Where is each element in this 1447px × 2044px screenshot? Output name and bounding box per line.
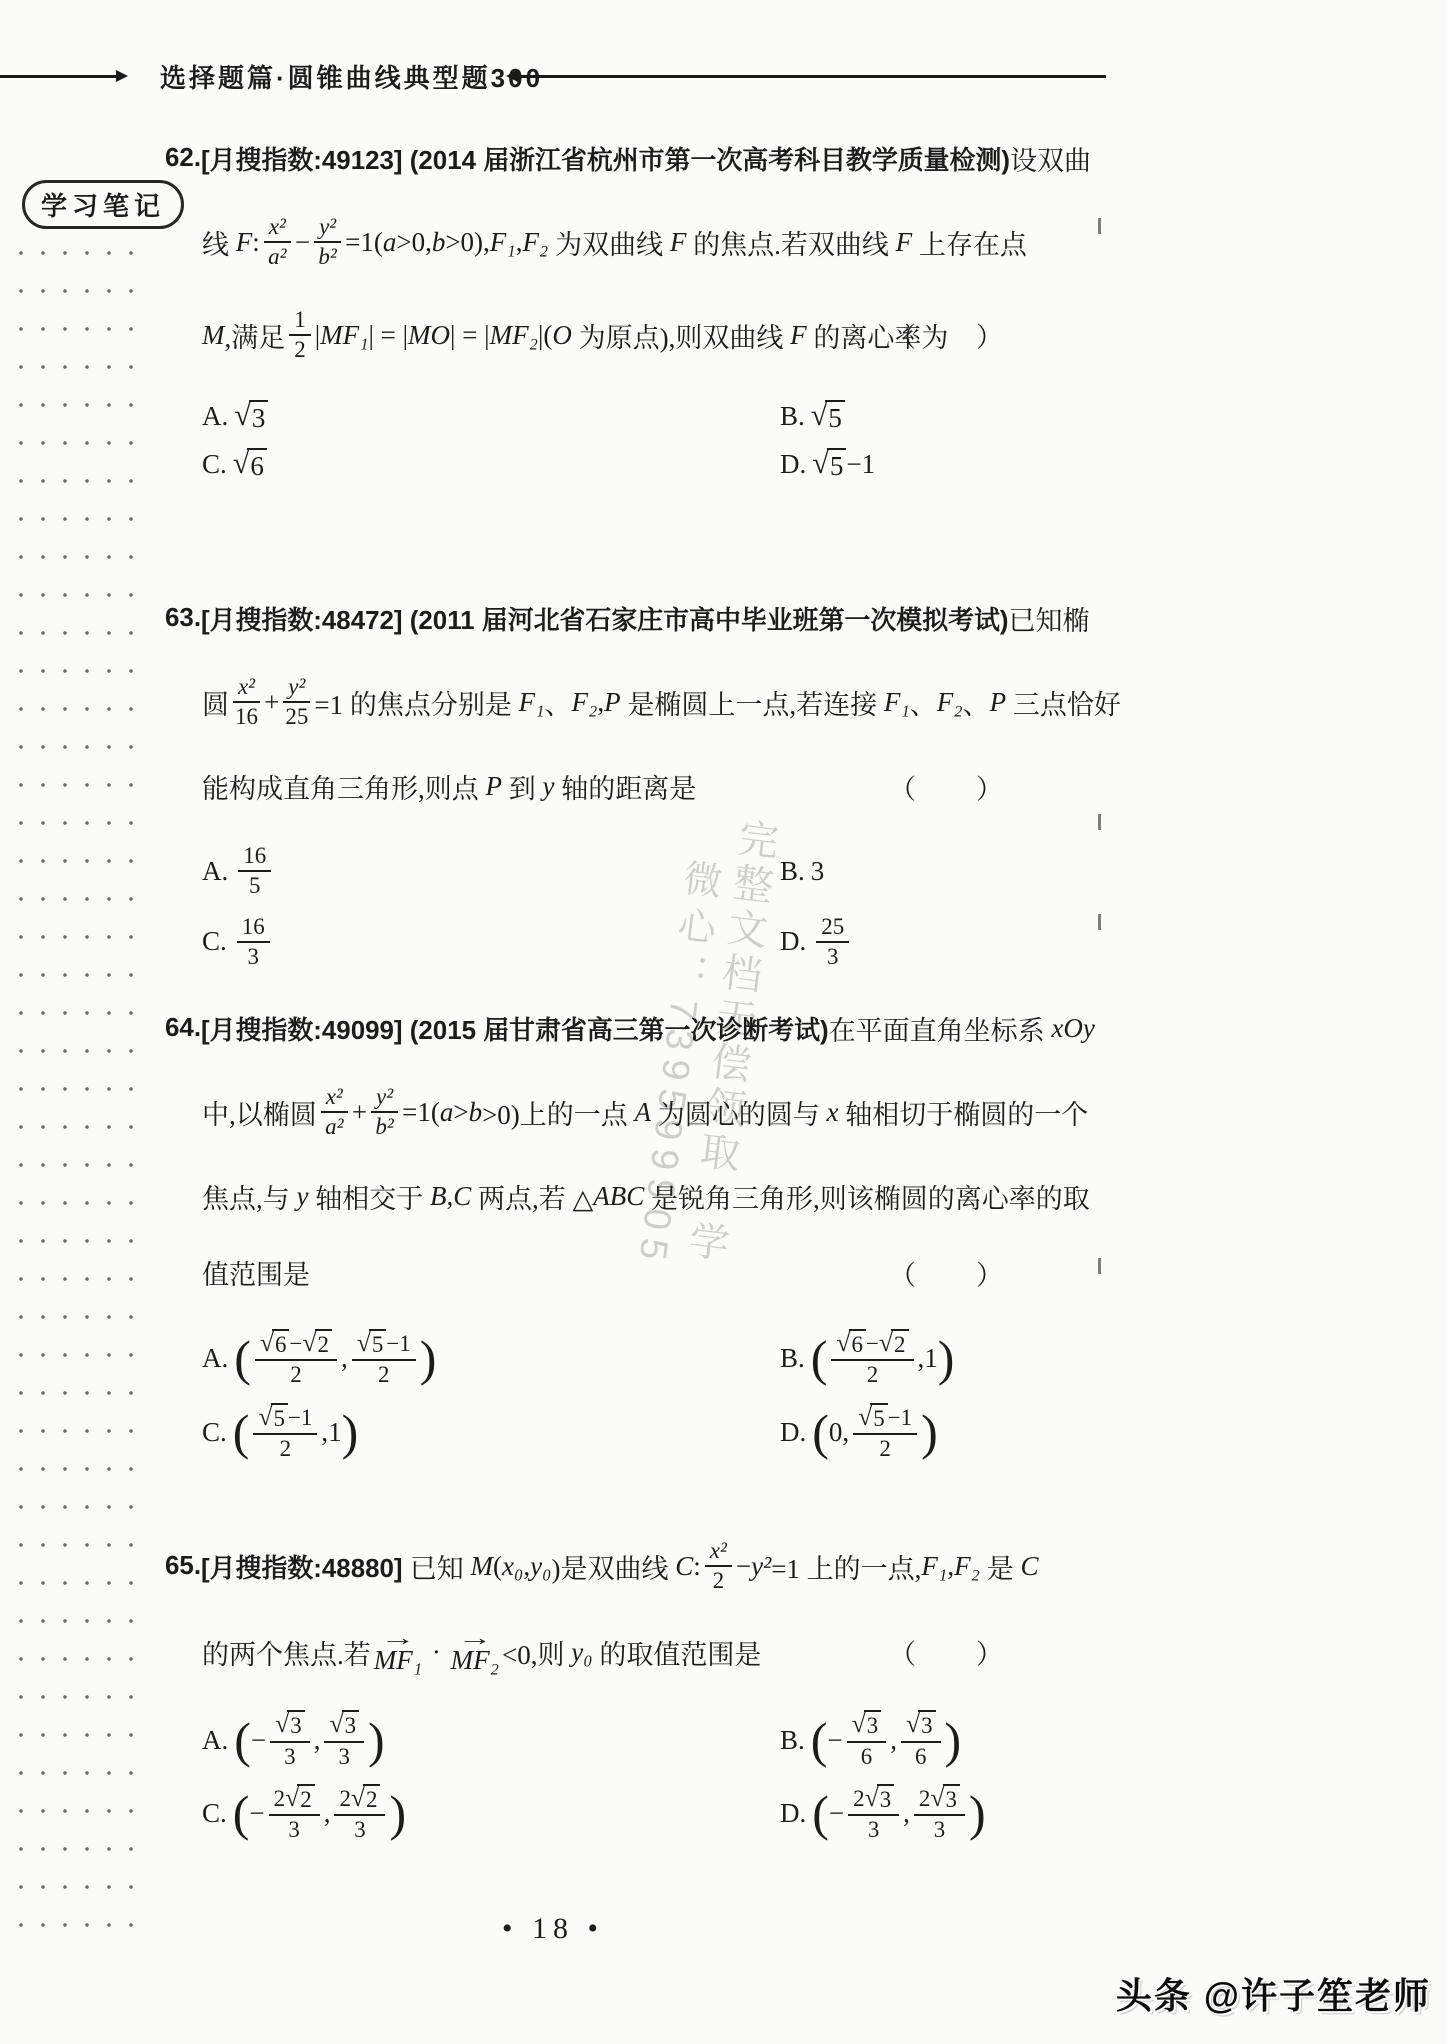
math-variable: x²: [269, 214, 286, 239]
math-variable: a²: [268, 244, 286, 269]
bold-text-run: 65.: [165, 1552, 201, 1581]
option-B: B.(−√36,√36): [780, 1710, 961, 1770]
big-paren: ): [342, 1410, 359, 1455]
math-variable: P: [604, 687, 621, 718]
option-D: D.(0,√5−12): [780, 1403, 938, 1463]
radicand: 3: [864, 1710, 881, 1739]
dot-grid: [4, 230, 144, 1950]
option-D: D.√5−1: [780, 448, 875, 482]
math-variable: F₁: [884, 687, 910, 718]
text-run: −: [829, 1798, 844, 1829]
text-run: 16: [242, 914, 265, 939]
sqrt-expression: √3: [865, 1784, 895, 1813]
sqrt-expression: √3: [329, 1710, 359, 1739]
text-run: 是: [980, 1547, 1021, 1586]
sqrt-expression: √2: [879, 1329, 909, 1358]
fraction-denominator: b²: [375, 1113, 393, 1140]
text-run: | = |: [369, 320, 409, 351]
fraction-denominator: 2: [280, 1435, 291, 1462]
fraction: √33: [270, 1710, 310, 1770]
fraction: √5−12: [352, 1329, 416, 1389]
text-run: |(: [538, 320, 552, 351]
text-run: −: [249, 1798, 264, 1829]
fraction: √5−12: [253, 1403, 317, 1463]
big-paren: (: [812, 1410, 829, 1455]
text-run: >0)上的一点: [482, 1093, 634, 1132]
option-row: C.(√5−12,1)D.(0,√5−12): [165, 1403, 1013, 1463]
text-run: 的两个焦点.若: [202, 1633, 371, 1672]
fraction-numerator: 16: [237, 914, 270, 943]
fraction-numerator: √6−√2: [831, 1329, 913, 1361]
text-run: >: [453, 1097, 468, 1128]
fraction-denominator: 3: [354, 1816, 365, 1843]
question-line: 64.[月搜指数:49099] (2015 届甘肃省高三第一次诊断考试)在平面直…: [165, 1008, 1013, 1048]
text-run: 能构成直角三角形,则点: [202, 767, 486, 806]
sqrt-expression: √3: [234, 400, 268, 434]
answer-blank: （ ）: [889, 316, 1005, 355]
fraction: √36: [847, 1710, 887, 1770]
fraction-numerator: 2√3: [914, 1784, 965, 1816]
fraction-numerator: y²: [314, 214, 341, 243]
option-row: C.(−2√23,2√23)D.(−2√33,2√33): [165, 1784, 1013, 1844]
big-paren: ): [945, 1718, 962, 1763]
text-run: 轴相交于: [308, 1177, 430, 1216]
text-run: 的取值范围是: [593, 1633, 762, 1672]
text-run: (: [493, 1551, 502, 1582]
bold-text-run: [月搜指数:49099]: [201, 1010, 410, 1047]
header-rule-left: [0, 75, 116, 78]
text-run: ,: [341, 1343, 348, 1374]
question-line: 62.[月搜指数:49123] (2014 届浙江省杭州市第一次高考科目教学质量…: [165, 138, 1013, 178]
option-label: B.: [780, 1725, 805, 1756]
text-run: −: [251, 1725, 266, 1756]
option-label: A.: [202, 401, 228, 432]
fraction-numerator: √3: [847, 1710, 887, 1742]
fraction-denominator: 16: [235, 703, 258, 730]
text-run: 为双曲线: [548, 223, 670, 262]
option-row: C.163D.253: [165, 914, 1013, 971]
bold-text-run: [月搜指数:49123]: [201, 140, 410, 177]
bold-text-run: [月搜指数:48472]: [201, 600, 410, 637]
text-run: 2: [294, 337, 305, 362]
math-variable: F: [670, 227, 687, 258]
fraction-denominator: a²: [268, 243, 286, 270]
question-64: 64.[月搜指数:49099] (2015 届甘肃省高三第一次诊断考试)在平面直…: [165, 1008, 1013, 1476]
text-run: 1: [294, 307, 305, 332]
fraction-numerator: y²: [283, 674, 310, 703]
fraction-numerator: x²: [233, 674, 260, 703]
math-variable: x: [827, 1097, 839, 1128]
radicand: 5: [271, 1403, 288, 1432]
text-run: 、: [910, 683, 937, 722]
fraction: x²a²: [264, 214, 291, 271]
math-variable: F₁: [490, 227, 516, 258]
text-run: =1(: [345, 227, 383, 258]
option-label: B.: [780, 1343, 805, 1374]
question-line: 能构成直角三角形,则点 P 到 y 轴的距离是（ ）: [165, 767, 1013, 807]
math-variable: x₀: [502, 1551, 523, 1582]
workbook-page: { "page": { "header": { "title": "选择题篇·圆…: [0, 0, 1447, 2044]
text-run: ,1: [918, 1343, 938, 1374]
option-label: C.: [202, 1798, 227, 1829]
option-row: A.√3B.√5: [165, 400, 1013, 434]
text-run: 2: [879, 1436, 890, 1461]
math-variable: b²: [375, 1114, 393, 1139]
fraction-denominator: 3: [248, 943, 259, 970]
math-variable: y²: [751, 1551, 771, 1582]
math-variable: b²: [318, 244, 336, 269]
vector-arrow-icon: →: [457, 1631, 492, 1646]
math-variable: x²: [238, 674, 255, 699]
bold-text-run: 64.: [165, 1014, 201, 1043]
fraction-numerator: 1: [289, 307, 310, 336]
big-paren: ): [420, 1336, 437, 1381]
bold-text-run: 63.: [165, 604, 201, 633]
math-variable: y²: [376, 1084, 393, 1109]
text-run: 两点,若 △: [471, 1177, 593, 1216]
fraction: x²2: [705, 1538, 732, 1595]
text-run: >0),: [445, 227, 489, 258]
option-C: C.163: [202, 914, 780, 971]
option-B: B.(√6−√22,1): [780, 1329, 954, 1389]
text-run: 圆: [202, 683, 229, 722]
math-variable: ABC: [593, 1181, 644, 1212]
fraction: 163: [237, 914, 270, 971]
radicand: 2: [891, 1329, 908, 1358]
page-header: 选择题篇·圆锥曲线典型题300: [0, 58, 1447, 104]
sqrt-expression: √5: [811, 400, 845, 434]
math-variable: B: [430, 1181, 447, 1212]
radicand: 6: [849, 1329, 866, 1358]
bold-text-run: [月搜指数:48880]: [201, 1548, 410, 1585]
math-variable: F: [896, 227, 913, 258]
text-run: −: [827, 1725, 842, 1756]
math-variable: M: [202, 320, 225, 351]
fraction-numerator: x²: [264, 214, 291, 243]
text-run: 25: [285, 704, 308, 729]
sqrt-expression: √6: [260, 1329, 290, 1358]
big-paren: (: [233, 1410, 250, 1455]
option-label: A.: [202, 1343, 228, 1374]
option-A: A.(√6−√22,√5−12): [202, 1329, 780, 1389]
fraction: 165: [238, 843, 271, 900]
text-run: 中,以椭圆: [202, 1093, 317, 1132]
option-A: A.√3: [202, 400, 780, 434]
fraction-numerator: x²: [705, 1538, 732, 1567]
option-C: C.√6: [202, 448, 780, 482]
text-run: 的焦点.若双曲线: [686, 223, 895, 262]
sqrt-expression: √2: [351, 1784, 381, 1813]
fraction: 12: [289, 307, 310, 364]
big-paren: (: [234, 1718, 251, 1763]
option-row: C.√6D.√5−1: [165, 448, 1013, 482]
big-paren: (: [234, 1336, 251, 1381]
text-run: 3: [248, 944, 259, 969]
question-line: 的两个焦点.若→MF₁ · →MF₂<0,则 y₀ 的取值范围是（ ）: [165, 1631, 1013, 1674]
fraction-denominator: 3: [288, 1816, 299, 1843]
question-line: 值范围是（ ）: [165, 1253, 1013, 1293]
sqrt-expression: √3: [852, 1710, 882, 1739]
radicand: 3: [943, 1784, 960, 1813]
math-variable: F: [790, 320, 807, 351]
question-62: 62.[月搜指数:49123] (2014 届浙江省杭州市第一次高考科目教学质量…: [165, 138, 1013, 496]
option-B: B.√5: [780, 400, 845, 434]
text-run: 2: [867, 1362, 878, 1387]
answer-blank: （ ）: [889, 1633, 1005, 1672]
page-number: • 18 •: [0, 1912, 1106, 1946]
option-D: D.(−2√33,2√33): [780, 1784, 986, 1844]
math-variable: P: [990, 687, 1007, 718]
fraction: √33: [324, 1710, 364, 1770]
text-run: 3: [868, 1817, 879, 1842]
fraction-numerator: √3: [270, 1710, 310, 1742]
option-row: A.(√6−√22,√5−12)B.(√6−√22,1): [165, 1329, 1013, 1389]
fraction-denominator: 2: [294, 336, 305, 363]
big-paren: (: [811, 1336, 828, 1381]
text-run: 2: [713, 1568, 724, 1593]
option-label: C.: [202, 1417, 227, 1448]
text-run: 三点恰好: [1006, 683, 1121, 722]
question-line: 线 F:x²a²−y²b²=1(a>0,b>0),F₁,F₂ 为双曲线 F 的焦…: [165, 214, 1013, 271]
text-run: )是双曲线: [552, 1547, 676, 1586]
radicand: 2: [363, 1784, 380, 1813]
math-variable: y₀: [530, 1551, 551, 1582]
scan-artifact: [1098, 914, 1101, 930]
radicand: 3: [249, 400, 269, 434]
text-run: −1: [386, 1331, 410, 1356]
page-title: 选择题篇·圆锥曲线典型题300: [160, 58, 543, 95]
text-run: ·: [425, 1637, 448, 1668]
sqrt-expression: √2: [302, 1329, 332, 1358]
radicand: 2: [297, 1784, 314, 1813]
fraction-denominator: 3: [339, 1743, 350, 1770]
text-run: 3: [354, 1817, 365, 1842]
math-variable: C: [453, 1181, 471, 1212]
text-run: 2: [378, 1362, 389, 1387]
math-variable: a: [383, 227, 397, 258]
text-run: +: [352, 1097, 367, 1128]
text-run: 6: [915, 1744, 926, 1769]
bold-text-run: (2015 届甘肃省高三第一次诊断考试): [410, 1010, 829, 1047]
text-run: <0,则: [502, 1633, 571, 1672]
text-run: 轴相切于椭圆的一个: [839, 1093, 1089, 1132]
fraction: 2√33: [914, 1784, 965, 1844]
text-run: =1 的焦点分别是: [314, 683, 518, 722]
bold-text-run: (2011 届河北省石家庄市高中毕业班第一次模拟考试): [410, 600, 1009, 637]
option-C: C.(√5−12,1): [202, 1403, 780, 1463]
text-run: 3: [288, 1817, 299, 1842]
option-label: D.: [780, 926, 806, 957]
fraction: √6−√22: [255, 1329, 337, 1389]
radicand: 6: [272, 1329, 289, 1358]
big-paren: ): [368, 1718, 385, 1763]
option-label: C.: [202, 449, 227, 480]
sqrt-expression: √5: [858, 1403, 888, 1432]
text-run: 3: [811, 856, 825, 887]
answer-blank: （ ）: [889, 1253, 1005, 1292]
radicand: 5: [825, 400, 845, 434]
math-variable: xOy: [1051, 1013, 1094, 1044]
option-label: D.: [780, 1417, 806, 1448]
sqrt-expression: √5: [258, 1403, 288, 1432]
fraction-numerator: √6−√2: [255, 1329, 337, 1361]
bold-text-run: (2014 届浙江省杭州市第一次高考科目教学质量检测): [410, 140, 1010, 177]
text-run: =1 上的一点,: [771, 1547, 921, 1586]
sqrt-expression: √3: [906, 1710, 936, 1739]
text-run: 2: [280, 1436, 291, 1461]
vector-expression: →MF₁: [374, 1631, 422, 1674]
text-run: −1: [288, 1405, 312, 1430]
math-variable: F: [236, 227, 253, 258]
sqrt-expression: √5: [812, 448, 846, 482]
math-variable: P: [486, 771, 503, 802]
sqrt-expression: √6: [836, 1329, 866, 1358]
radicand: 5: [870, 1403, 887, 1432]
fraction-denominator: 2: [867, 1361, 878, 1388]
option-label: B.: [780, 856, 805, 887]
big-paren: (: [812, 1791, 829, 1836]
text-run: 25: [821, 914, 844, 939]
text-run: 在平面直角坐标系: [829, 1009, 1052, 1048]
arrow-left-icon: [506, 70, 518, 82]
fraction-numerator: y²: [371, 1084, 398, 1113]
text-run: 16: [243, 843, 266, 868]
text-run: 为圆心的圆与: [651, 1093, 827, 1132]
math-variable: y: [543, 771, 555, 802]
fraction-numerator: 2√3: [848, 1784, 899, 1816]
text-run: ,: [314, 1725, 321, 1756]
text-run: 、: [963, 683, 990, 722]
math-variable: MF₂: [490, 320, 538, 351]
fraction-denominator: 2: [879, 1435, 890, 1462]
math-variable: x²: [326, 1084, 343, 1109]
text-run: 是锐角三角形,则该椭圆的离心率的取: [644, 1177, 1090, 1216]
math-variable: A: [635, 1097, 652, 1128]
text-run: 上存在点: [912, 223, 1027, 262]
fraction-denominator: 6: [915, 1743, 926, 1770]
math-variable: F₂: [571, 687, 597, 718]
text-run: :: [693, 1551, 701, 1582]
math-variable: F₁: [519, 687, 545, 718]
vector-expression: →MF₂: [451, 1631, 499, 1674]
fraction-numerator: √5−1: [253, 1403, 317, 1435]
scan-artifact: [1098, 1258, 1101, 1274]
text-run: −: [736, 1551, 751, 1582]
text-run: ,: [903, 1798, 910, 1829]
fraction-numerator: √3: [901, 1710, 941, 1742]
question-line: 焦点,与 y 轴相交于 B,C 两点,若 △ABC 是锐角三角形,则该椭圆的离心…: [165, 1177, 1013, 1217]
fraction: √5−12: [853, 1403, 917, 1463]
math-variable: y²: [319, 214, 336, 239]
option-label: C.: [202, 926, 227, 957]
sqrt-expression: √5: [357, 1329, 387, 1358]
text-run: 焦点,与: [202, 1177, 297, 1216]
option-label: A.: [202, 1725, 228, 1756]
option-row: A.(−√33,√33)B.(−√36,√36): [165, 1710, 1013, 1770]
arrow-right-icon: [116, 70, 128, 82]
math-variable: MF₁: [320, 320, 368, 351]
text-run: 6: [861, 1744, 872, 1769]
vector-body: MF₂: [451, 1646, 499, 1674]
text-run: 已知: [410, 1547, 471, 1586]
fraction: 253: [816, 914, 849, 971]
scan-artifact: [1098, 218, 1101, 234]
author-credit: 头条 @许子笙老师: [1116, 1968, 1431, 2019]
big-paren: ): [969, 1791, 986, 1836]
math-variable: F₁: [921, 1551, 947, 1582]
radicand: 6: [247, 448, 267, 482]
fraction-denominator: 3: [934, 1816, 945, 1843]
fraction-numerator: 25: [816, 914, 849, 943]
fraction: x²16: [233, 674, 260, 731]
answer-blank: （ ）: [889, 767, 1005, 806]
option-label: D.: [780, 1798, 806, 1829]
text-run: −1: [888, 1405, 912, 1430]
math-variable: a²: [325, 1114, 343, 1139]
option-A: A.(−√33,√33): [202, 1710, 780, 1770]
math-variable: y: [297, 1181, 309, 1212]
text-run: 2: [290, 1362, 301, 1387]
text-run: 3: [339, 1744, 350, 1769]
option-D: D.253: [780, 914, 853, 971]
text-run: >0,: [396, 227, 431, 258]
text-run: −: [295, 227, 310, 258]
math-variable: b: [432, 227, 446, 258]
fraction-numerator: 2√2: [269, 1784, 320, 1816]
fraction: y²25: [283, 674, 310, 731]
fraction: y²b²: [314, 214, 341, 271]
fraction-denominator: 2: [290, 1361, 301, 1388]
math-variable: a: [440, 1097, 454, 1128]
text-run: 3: [827, 944, 838, 969]
fraction: √36: [901, 1710, 941, 1770]
study-notes-stamp: 学习笔记: [22, 180, 184, 229]
fraction: y²b²: [371, 1084, 398, 1141]
option-A: A.165: [202, 843, 780, 900]
text-run: 为原点),则双曲线: [572, 316, 790, 355]
question-line: 63.[月搜指数:48472] (2011 届河北省石家庄市高中毕业班第一次模拟…: [165, 598, 1013, 638]
radicand: 3: [918, 1710, 935, 1739]
question-line: 圆x²16+y²25=1 的焦点分别是 F₁、F₂,P 是椭圆上一点,若连接 F…: [165, 674, 1013, 731]
fraction-denominator: 2: [713, 1567, 724, 1594]
fraction: x²a²: [321, 1084, 348, 1141]
text-run: :: [252, 227, 260, 258]
radicand: 5: [369, 1329, 386, 1358]
text-run: −: [289, 1331, 302, 1356]
fraction-numerator: √3: [324, 1710, 364, 1742]
vector-arrow-icon: →: [380, 1631, 415, 1646]
text-run: 16: [235, 704, 258, 729]
text-run: 3: [934, 1817, 945, 1842]
radicand: 2: [315, 1329, 332, 1358]
fraction-denominator: 6: [861, 1743, 872, 1770]
option-label: D.: [780, 449, 806, 480]
big-paren: (: [811, 1718, 828, 1763]
question-line: 65.[月搜指数:48880] 已知 M(x₀,y₀)是双曲线 C:x²2−y²…: [165, 1538, 1013, 1595]
question-63: 63.[月搜指数:48472] (2011 届河北省石家庄市高中毕业班第一次模拟…: [165, 598, 1013, 984]
math-variable: M: [471, 1551, 494, 1582]
fraction-denominator: a²: [325, 1113, 343, 1140]
radicand: 3: [342, 1710, 359, 1739]
text-run: ,: [890, 1725, 897, 1756]
math-variable: F₂: [522, 227, 548, 258]
big-paren: ): [938, 1336, 955, 1381]
question-line: 中,以椭圆x²a²+y²b²=1(a>b>0)上的一点 A 为圆心的圆与 x 轴…: [165, 1084, 1013, 1141]
text-run: +: [264, 687, 279, 718]
sqrt-expression: √6: [233, 448, 267, 482]
text-run: 已知椭: [1009, 599, 1090, 638]
text-run: 线: [202, 223, 236, 262]
